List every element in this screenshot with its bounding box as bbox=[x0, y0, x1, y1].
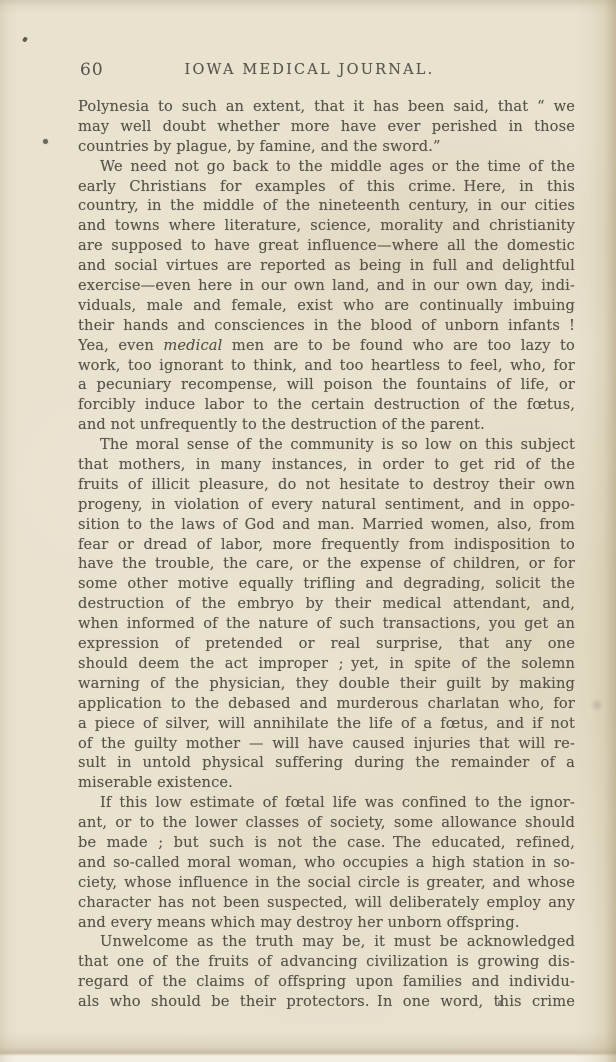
text-segment: men are to be found who are too lazy to bbox=[222, 337, 575, 354]
ink-speck bbox=[498, 1000, 503, 1006]
text-line: exercise—even here in our own land, and … bbox=[78, 276, 575, 296]
text-line: ciety, whose influence in the social cir… bbox=[78, 873, 575, 893]
text-line: and towns where literature, science, mor… bbox=[78, 216, 575, 236]
text-line: of the guilty mother — will have caused … bbox=[78, 734, 575, 754]
text-line: sult in untold physical suffering during… bbox=[78, 753, 575, 773]
page-header: 60 IOWA MEDICAL JOURNAL. bbox=[78, 60, 575, 82]
text-line: a pecuniary recompense, will poison the … bbox=[78, 375, 575, 395]
text-line: their hands and consciences in the blood… bbox=[78, 316, 575, 336]
text-line: progeny, in violation of every natural s… bbox=[78, 495, 575, 515]
margin-smudge bbox=[590, 698, 604, 712]
text-line: that mothers, in many instances, in orde… bbox=[78, 455, 575, 475]
text-line: are supposed to have great influence—whe… bbox=[78, 236, 575, 256]
text-line: miserable existence. bbox=[78, 773, 575, 793]
text-line: may well doubt whether more have ever pe… bbox=[78, 117, 575, 137]
italic-word: medical bbox=[163, 337, 222, 354]
text-line: If this low estimate of fœtal life was c… bbox=[78, 793, 575, 813]
text-line: fruits of illicit pleasure, do not hesit… bbox=[78, 475, 575, 495]
text-line: Polynesia to such an extent, that it has… bbox=[78, 97, 575, 117]
text-line: application to the debased and murderous… bbox=[78, 694, 575, 714]
text-segment: Yea, even bbox=[78, 337, 163, 354]
text-line: fear or dread of labor, more frequently … bbox=[78, 535, 575, 555]
text-line: regard of the claims of offspring upon f… bbox=[78, 972, 575, 992]
text-line: and not unfrequently to the destruction … bbox=[78, 415, 575, 435]
text-line: and so-called moral woman, who occupies … bbox=[78, 853, 575, 873]
ink-speck bbox=[43, 139, 48, 144]
text-line: character has not been suspected, will d… bbox=[78, 893, 575, 913]
text-line: have the trouble, the care, or the expen… bbox=[78, 554, 575, 574]
page-body: Polynesia to such an extent, that it has… bbox=[78, 97, 575, 1012]
page-number: 60 bbox=[80, 60, 104, 80]
journal-title: IOWA MEDICAL JOURNAL. bbox=[78, 60, 541, 78]
text-line: a piece of silver, will annihilate the l… bbox=[78, 714, 575, 734]
text-line: country, in the middle of the nineteenth… bbox=[78, 196, 575, 216]
text-line: sition to the laws of God and man. Marri… bbox=[78, 515, 575, 535]
scanned-page: 60 IOWA MEDICAL JOURNAL. Polynesia to su… bbox=[0, 0, 616, 1062]
text-line: forcibly induce labor to the certain des… bbox=[78, 395, 575, 415]
text-line: when informed of the nature of such tran… bbox=[78, 614, 575, 634]
text-line: be made ; but such is not the case. The … bbox=[78, 833, 575, 853]
text-line: viduals, male and female, exist who are … bbox=[78, 296, 575, 316]
text-line: Yea, even medical men are to be found wh… bbox=[78, 336, 575, 356]
text-line: Unwelcome as the truth may be, it must b… bbox=[78, 932, 575, 952]
text-line: expression of pretended or real surprise… bbox=[78, 634, 575, 654]
text-line: destruction of the embryo by their medic… bbox=[78, 594, 575, 614]
text-line: ant, or to the lower classes of society,… bbox=[78, 813, 575, 833]
text-line: some other motive equally trifling and d… bbox=[78, 574, 575, 594]
text-line: countries by plague, by famine, and the … bbox=[78, 137, 575, 157]
text-line: and every means which may destroy her un… bbox=[78, 913, 575, 933]
text-line: and social virtues are reported as being… bbox=[78, 256, 575, 276]
text-line: We need not go back to the middle ages o… bbox=[78, 157, 575, 177]
ink-speck bbox=[22, 36, 28, 42]
text-line: warning of the physician, they double th… bbox=[78, 674, 575, 694]
text-line: should deem the act improper ; yet, in s… bbox=[78, 654, 575, 674]
text-line: that one of the fruits of advancing civi… bbox=[78, 952, 575, 972]
text-line: early Christians for examples of this cr… bbox=[78, 177, 575, 197]
text-line: work, too ignorant to think, and too hea… bbox=[78, 356, 575, 376]
text-line: The moral sense of the community is so l… bbox=[78, 435, 575, 455]
